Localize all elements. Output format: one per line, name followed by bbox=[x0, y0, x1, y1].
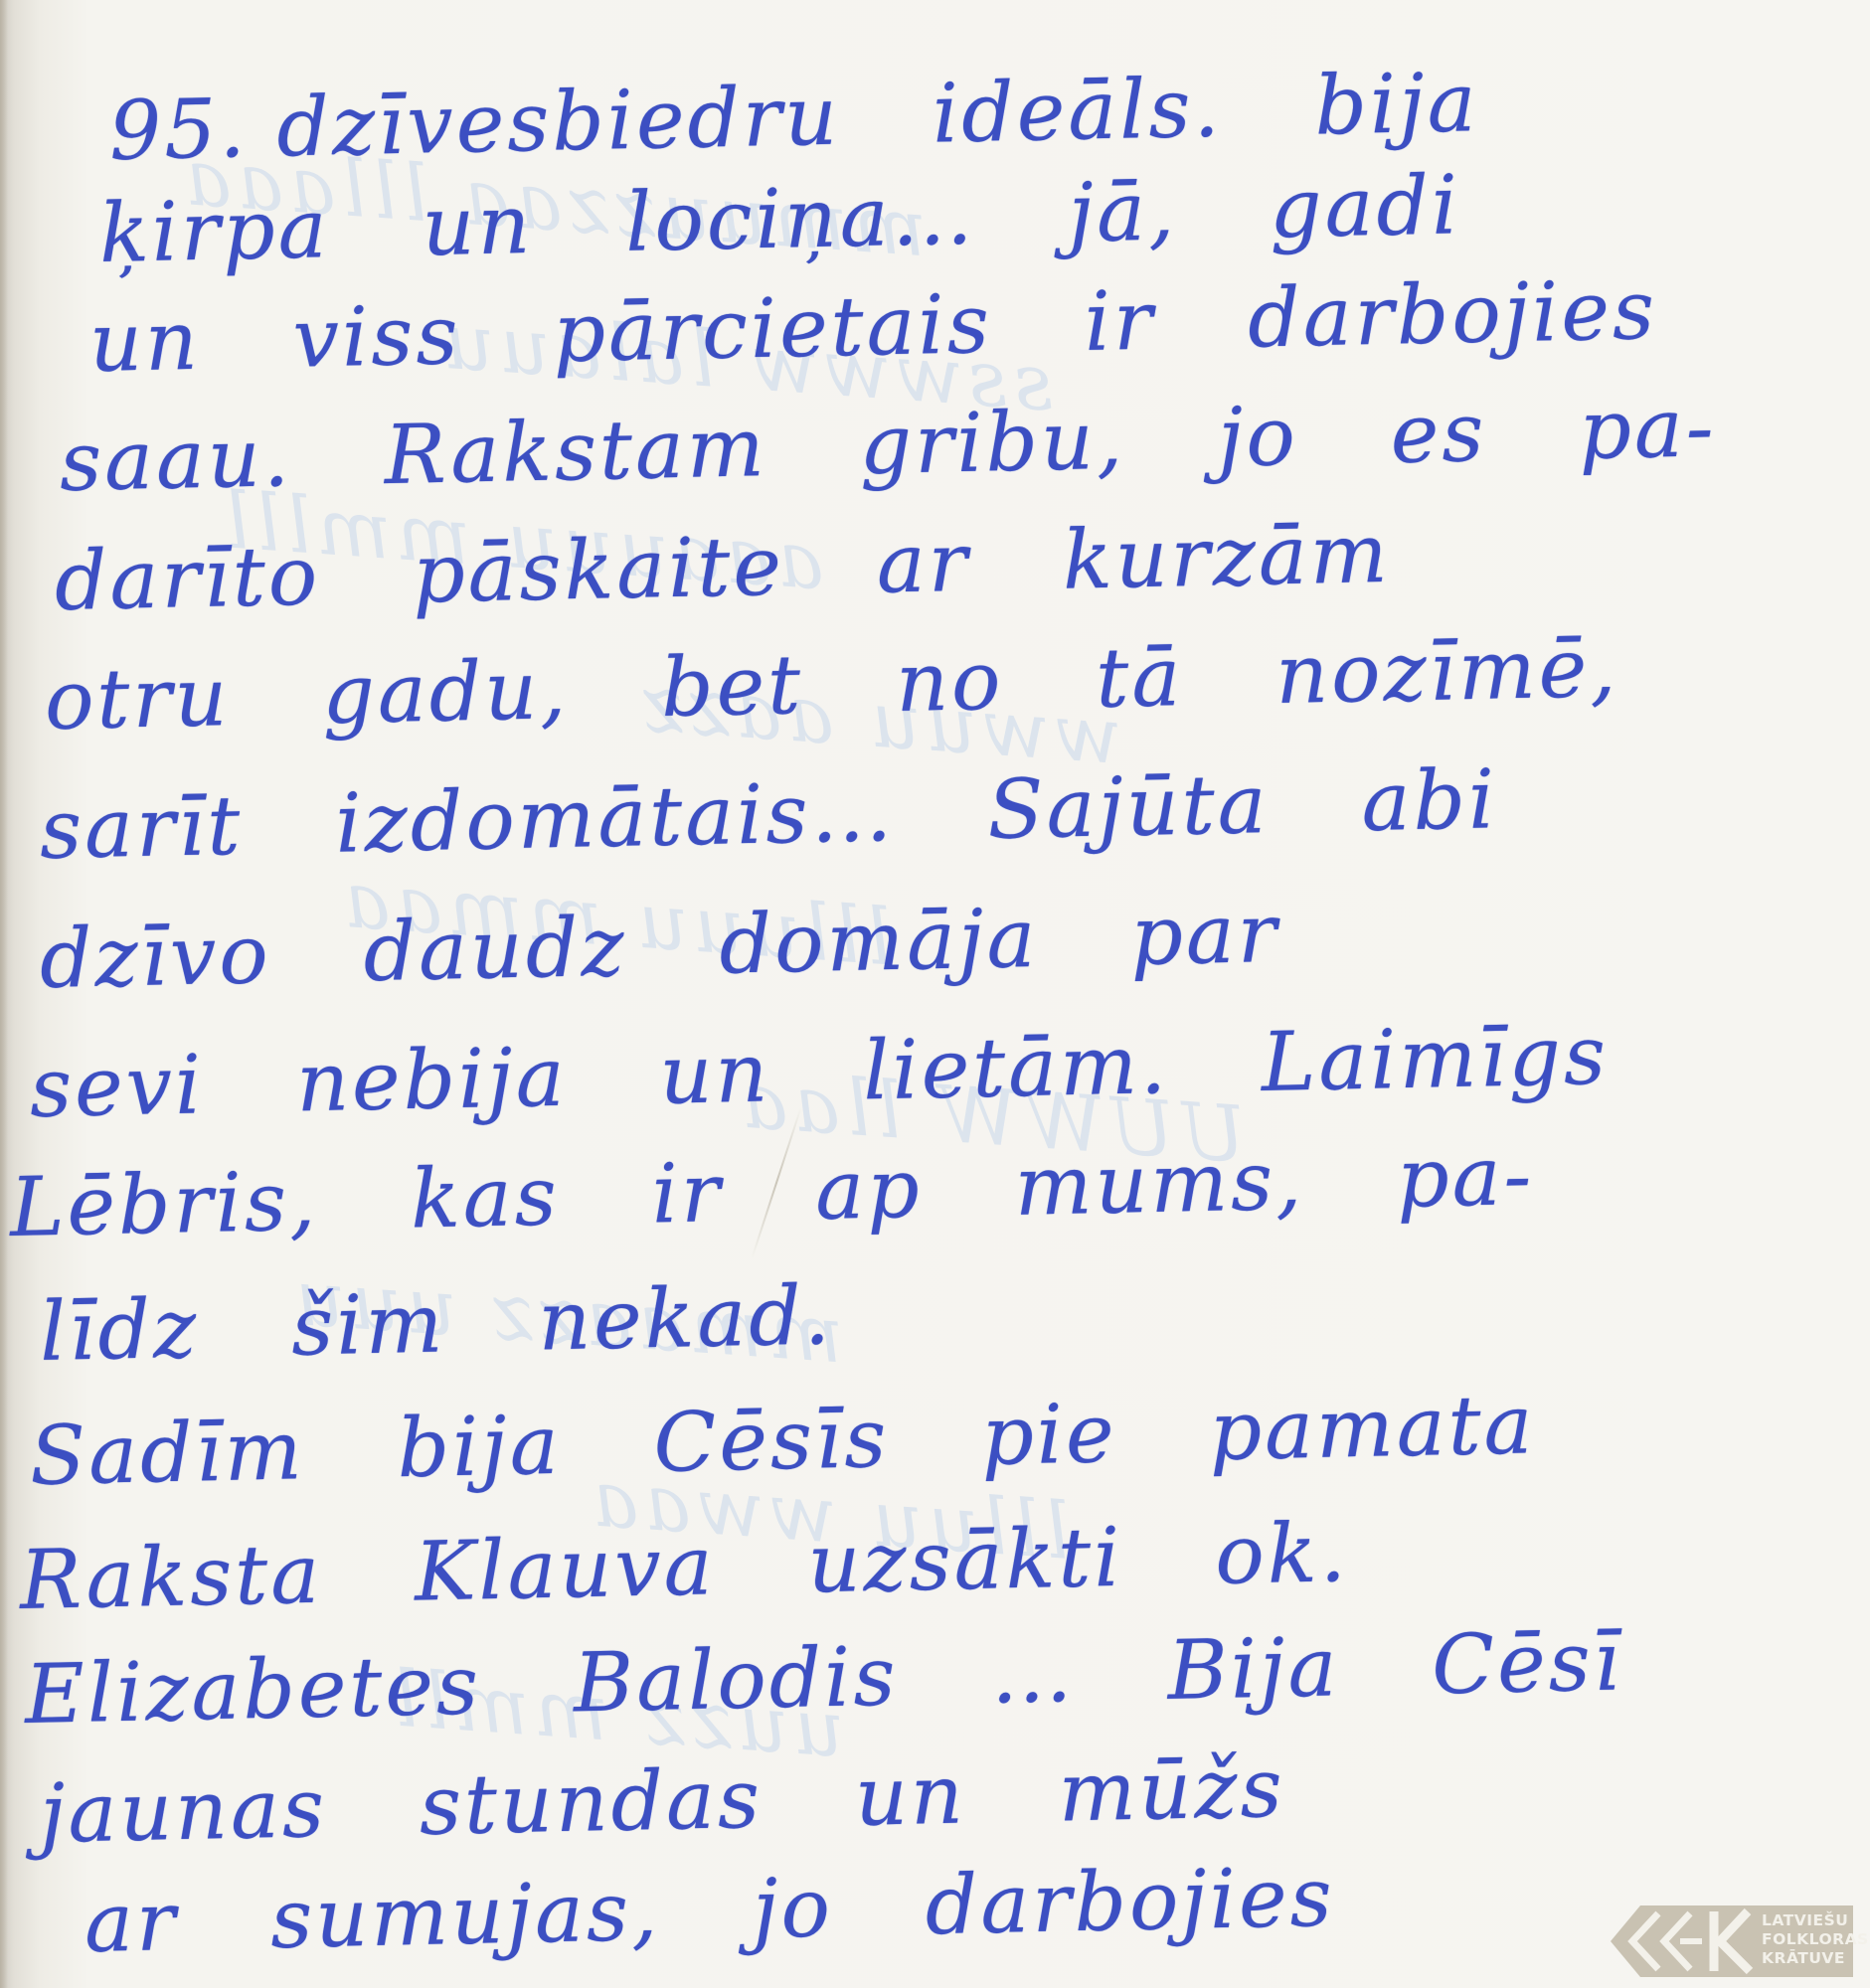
word: ar bbox=[876, 523, 971, 606]
handwritten-text: 95. dzīvesbiedru ideāls. bija ķirpa un l… bbox=[0, 0, 1870, 1988]
word: no bbox=[895, 641, 1004, 725]
word: nozīmē, bbox=[1275, 628, 1619, 717]
word: ideāls. bbox=[932, 69, 1223, 156]
word: Elizabetes bbox=[24, 1645, 482, 1737]
word: ir bbox=[651, 1153, 724, 1236]
word: gadu, bbox=[322, 650, 570, 737]
word: ap bbox=[814, 1149, 923, 1233]
word: lietām. bbox=[862, 1025, 1169, 1112]
word: Bija bbox=[1167, 1627, 1340, 1713]
word: ir bbox=[1084, 281, 1156, 364]
text-line: dzīvo daudz domāja par bbox=[39, 894, 1280, 1001]
word: sevi bbox=[29, 1045, 205, 1130]
word: pamata bbox=[1209, 1385, 1537, 1473]
text-line: saau. Rakstam gribu, jo es pa- bbox=[59, 388, 1717, 504]
text-line: sevi nebija un lietām. Laimīgs bbox=[29, 1016, 1610, 1130]
word: gribu, bbox=[859, 401, 1126, 488]
word: mūžs bbox=[1058, 1748, 1286, 1835]
text-line: sarīt izdomātais… Sajūta abi bbox=[39, 759, 1498, 872]
text-line: 95. dzīvesbiedru ideāls. bija bbox=[108, 63, 1479, 173]
word: Sajūta bbox=[987, 764, 1271, 852]
word: stundas bbox=[419, 1759, 764, 1848]
text-line: darīto pāskaite ar kurzām bbox=[54, 514, 1391, 623]
word: izdomātais… bbox=[335, 772, 897, 866]
word: Lēbris, bbox=[9, 1162, 319, 1249]
word: un bbox=[659, 1033, 771, 1116]
text-line: un viss pārcietais ir darbojies bbox=[88, 270, 1658, 385]
word: saau. bbox=[59, 417, 292, 504]
text-line: Sadīm bija Cēsīs pie pamata bbox=[29, 1385, 1536, 1498]
word: … bbox=[990, 1633, 1077, 1717]
text-line: līdz šim nekad. bbox=[39, 1275, 833, 1374]
word: pārcietais bbox=[553, 284, 993, 375]
word: pāskaite bbox=[412, 527, 784, 616]
watermark-line-1: LATVIEŠU bbox=[1762, 1911, 1845, 1930]
word: otru bbox=[44, 657, 231, 743]
word: pie bbox=[980, 1394, 1117, 1478]
word: viss bbox=[292, 295, 461, 381]
word: sarīt bbox=[39, 786, 244, 872]
text-line: jaunas stundas un mūžs bbox=[39, 1748, 1285, 1856]
text-line: otru gadu, bet no tā nozīmē, bbox=[44, 628, 1619, 743]
word: ķirpa bbox=[98, 189, 330, 275]
text-line: Raksta Klauva uzsākti ok. bbox=[19, 1513, 1349, 1622]
word: kurzām bbox=[1062, 514, 1391, 602]
word: par bbox=[1129, 894, 1279, 978]
archive-watermark-logo: LATVIEŠU FOLKLORAS KRĀTUVE bbox=[1611, 1905, 1853, 1977]
word: daudz bbox=[363, 908, 628, 995]
word: mums, bbox=[1014, 1141, 1305, 1229]
word: Laimīgs bbox=[1261, 1016, 1610, 1104]
word: jaunas bbox=[39, 1768, 328, 1856]
word: darīto bbox=[54, 536, 321, 623]
word: un bbox=[88, 301, 201, 385]
watermark-line-2: FOLKLORAS bbox=[1762, 1930, 1845, 1949]
word: kas bbox=[410, 1156, 560, 1241]
word: jā, bbox=[1068, 171, 1178, 254]
word: un bbox=[422, 185, 534, 268]
word: tā bbox=[1095, 637, 1184, 721]
word: Rakstam bbox=[384, 408, 768, 497]
word: abi bbox=[1361, 759, 1498, 844]
word: bija bbox=[1314, 63, 1480, 147]
word: darbojies bbox=[1247, 270, 1657, 361]
word: ok. bbox=[1215, 1513, 1350, 1597]
text-line: Elizabetes Balodis … Bija Cēsī bbox=[24, 1621, 1623, 1737]
word: līdz bbox=[39, 1289, 200, 1374]
text-line: ķirpa un lociņa… jā, gadi bbox=[98, 165, 1461, 275]
word: domāja bbox=[719, 899, 1039, 987]
word: pa- bbox=[1396, 1136, 1535, 1221]
word: gadi bbox=[1269, 165, 1461, 250]
word: šim bbox=[290, 1283, 446, 1368]
word: Sadīm bbox=[29, 1410, 305, 1498]
word: Raksta bbox=[19, 1535, 323, 1622]
word: pa- bbox=[1579, 388, 1718, 472]
word: nekad. bbox=[537, 1275, 833, 1363]
word: Cēsī bbox=[1431, 1621, 1622, 1707]
word: uzsākti bbox=[807, 1518, 1124, 1606]
word: Cēsīs bbox=[653, 1399, 890, 1485]
manuscript-page: mmuuzzaa lllaaa sswww lalauu aaauuu mmll… bbox=[0, 0, 1870, 1988]
word: dzīvo bbox=[39, 914, 271, 1001]
word: 95. dzīvesbiedru bbox=[108, 77, 841, 173]
word: es bbox=[1390, 393, 1487, 476]
word: nebija bbox=[295, 1038, 568, 1125]
word: jo bbox=[1217, 397, 1298, 480]
watermark-line-3: KRĀTUVE bbox=[1762, 1949, 1845, 1968]
text-line: ar sumujas, jo darbojies bbox=[84, 1858, 1335, 1965]
word: ar bbox=[84, 1882, 179, 1965]
word: bet bbox=[660, 645, 804, 730]
word: lociņa… bbox=[624, 176, 976, 264]
word: Balodis bbox=[573, 1637, 899, 1726]
word: bija bbox=[397, 1406, 563, 1490]
watermark-text: LATVIEŠU FOLKLORAS KRĀTUVE bbox=[1762, 1911, 1845, 1968]
word: un bbox=[854, 1754, 966, 1838]
word: Klauva bbox=[414, 1526, 716, 1613]
text-line: Lēbris, kas ir ap mums, pa- bbox=[9, 1136, 1535, 1249]
word: jo bbox=[752, 1868, 833, 1951]
word: sumujas, bbox=[269, 1872, 661, 1961]
word: darbojies bbox=[925, 1858, 1335, 1948]
